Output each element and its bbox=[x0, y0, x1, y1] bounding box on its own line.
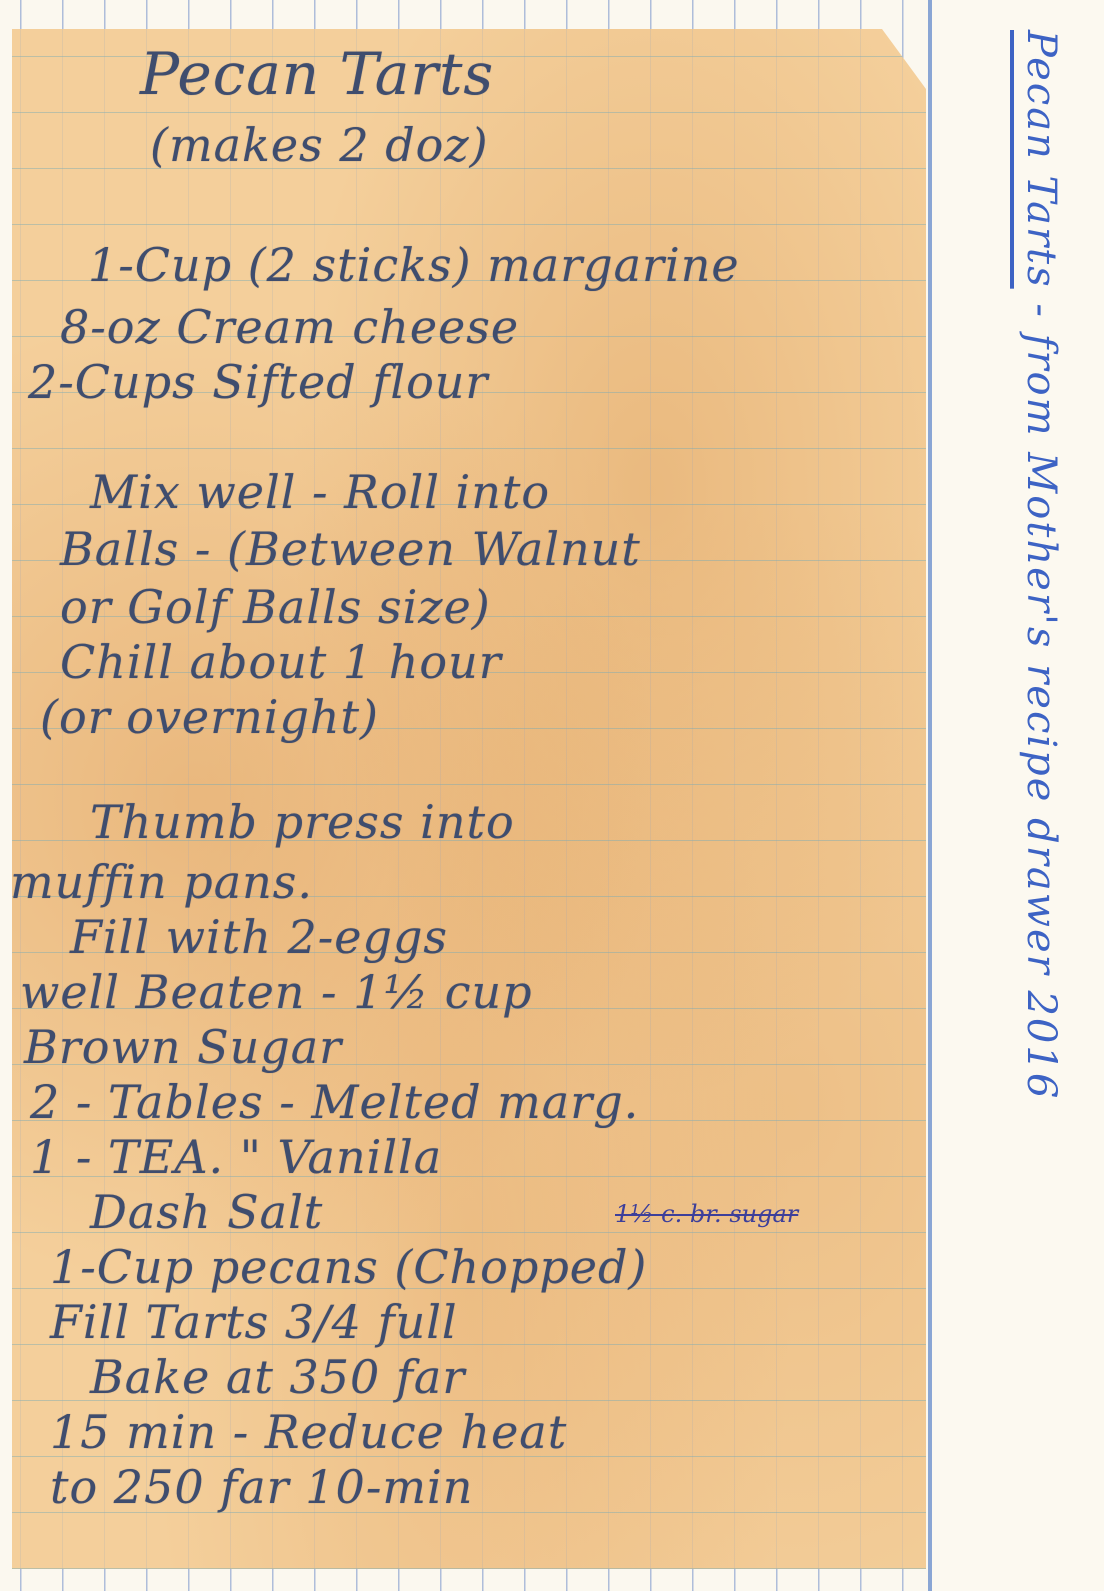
instruction-line: Brown Sugar bbox=[24, 1020, 342, 1074]
instruction-line: Balls - (Between Walnut bbox=[60, 522, 641, 576]
margin-annotation: Pecan Tarts - from Mother's recipe drawe… bbox=[1018, 30, 1064, 1100]
ingredient-line: 1-Cup (2 sticks) margarine bbox=[88, 238, 740, 292]
margin-annotation-title: Pecan Tarts bbox=[1018, 30, 1064, 289]
instruction-line: Mix well - Roll into bbox=[90, 465, 550, 519]
instruction-line: 1-Cup pecans (Chopped) bbox=[50, 1240, 647, 1294]
instruction-line: Dash Salt bbox=[90, 1185, 323, 1239]
instruction-line: Thumb press into bbox=[90, 795, 515, 849]
instruction-line: 15 min - Reduce heat bbox=[50, 1405, 567, 1459]
instruction-line: (or overnight) bbox=[40, 690, 379, 744]
ingredient-line: 2-Cups Sifted flour bbox=[28, 355, 488, 409]
instruction-line: 2 - Tables - Melted marg. bbox=[30, 1075, 639, 1129]
margin-annotation-text: - from Mother's recipe drawer 2016 bbox=[1018, 289, 1064, 1101]
instruction-line: Bake at 350 far bbox=[90, 1350, 465, 1404]
instruction-line: 1 - TEA. " Vanilla bbox=[30, 1130, 442, 1184]
instruction-line: muffin pans. bbox=[10, 855, 313, 909]
instruction-line: Chill about 1 hour bbox=[60, 635, 502, 689]
instruction-line: Fill with 2-eggs bbox=[70, 910, 448, 964]
crossed-out-note: 1½ c. br. sugar bbox=[615, 1200, 798, 1228]
recipe-yield: (makes 2 doz) bbox=[150, 118, 489, 172]
recipe-title: Pecan Tarts bbox=[140, 40, 494, 108]
instruction-line: or Golf Balls size) bbox=[60, 580, 491, 634]
ingredient-line: 8-oz Cream cheese bbox=[60, 300, 519, 354]
instruction-line: well Beaten - 1½ cup bbox=[20, 965, 533, 1019]
margin-rule-line bbox=[928, 0, 932, 1591]
instruction-line: Fill Tarts 3/4 full bbox=[50, 1295, 458, 1349]
instruction-line: to 250 far 10-min bbox=[50, 1460, 473, 1514]
